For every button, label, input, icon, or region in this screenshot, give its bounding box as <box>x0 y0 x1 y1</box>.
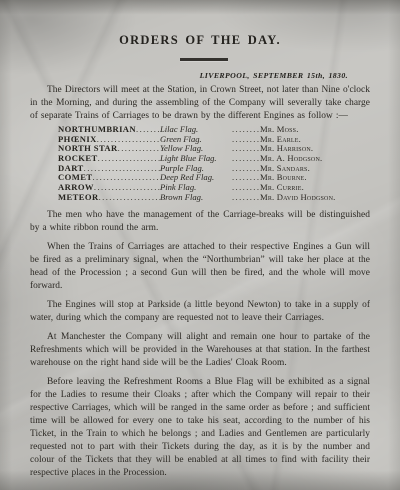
engine-row: NORTHUMBRIAN............................… <box>58 125 370 135</box>
engine-row: NORTH STAR..............................… <box>58 144 370 154</box>
engine-name-cell: NORTH STAR..............................… <box>58 144 160 154</box>
engine-name-cell: ARROW...................................… <box>58 183 160 193</box>
paragraph-manchester: At Manchester the Company will alight an… <box>30 331 370 370</box>
engine-row: ROCKET..................................… <box>58 154 370 164</box>
dot-leader: ......... <box>232 125 260 135</box>
engine-name: METEOR <box>58 193 99 203</box>
flag-name: Lilac Flag. <box>160 125 232 135</box>
flag-name: Green Flag. <box>160 135 232 145</box>
engine-name: COMET <box>58 173 92 183</box>
dot-leader: ......... <box>232 144 260 154</box>
dot-leader: ......... <box>232 164 260 174</box>
dot-leader: ........................................… <box>98 154 160 164</box>
dateline: LIVERPOOL, SEPTEMBER 15th, 1830. <box>30 71 370 80</box>
flag-name: Pink Flag. <box>160 183 232 193</box>
engine-name-cell: NORTHUMBRIAN............................… <box>58 125 160 135</box>
engine-name: DART <box>58 164 84 174</box>
engine-name-cell: DART....................................… <box>58 164 160 174</box>
paragraph-brakesmen: The men who have the management of the C… <box>30 209 370 235</box>
dot-leader: ........................................… <box>97 135 160 145</box>
engine-name: NORTH STAR <box>58 144 118 154</box>
dot-leader: ........................................… <box>84 164 160 174</box>
paragraph-gun-signal: When the Trains of Carriages are attache… <box>30 241 370 293</box>
engine-name-cell: PHŒNIX..................................… <box>58 135 160 145</box>
engine-name: ARROW <box>58 183 94 193</box>
title-divider <box>180 58 228 61</box>
engine-name: NORTHUMBRIAN <box>58 125 136 135</box>
engine-row: PHŒNIX..................................… <box>58 135 370 145</box>
flag-name: Purple Flag. <box>160 164 232 174</box>
page-title: ORDERS OF THE DAY. <box>30 33 370 48</box>
dot-leader: ........................................… <box>92 173 160 183</box>
engine-row: DART....................................… <box>58 164 370 174</box>
dot-leader: ......... <box>232 193 260 203</box>
dot-leader: ......... <box>232 183 260 193</box>
flag-name: Deep Red Flag. <box>160 173 232 183</box>
paragraph-refreshment: Before leaving the Refreshment Rooms a B… <box>30 376 370 480</box>
dot-leader: ........................................… <box>136 125 160 135</box>
dot-leader: ........................................… <box>99 193 160 203</box>
engine-row: COMET...................................… <box>58 173 370 183</box>
engine-row: METEOR..................................… <box>58 193 370 203</box>
dot-leader: ......... <box>232 154 260 164</box>
flag-name: Light Blue Flag. <box>160 154 232 164</box>
dot-leader: ......... <box>232 173 260 183</box>
dot-leader: ........................................… <box>118 144 160 154</box>
page-content: ORDERS OF THE DAY. LIVERPOOL, SEPTEMBER … <box>0 0 400 480</box>
engine-name-cell: METEOR..................................… <box>58 193 160 203</box>
flag-name: Yellow Flag. <box>160 144 232 154</box>
engine-name-cell: ROCKET..................................… <box>58 154 160 164</box>
director-name: Mr. David Hodgson. <box>260 193 335 203</box>
dot-leader: ......... <box>232 135 260 145</box>
engine-name-cell: COMET...................................… <box>58 173 160 183</box>
engine-name: PHŒNIX <box>58 135 97 145</box>
dot-leader: ........................................… <box>94 183 160 193</box>
handbill-page: ORDERS OF THE DAY. LIVERPOOL, SEPTEMBER … <box>0 0 400 490</box>
engine-table: NORTHUMBRIAN............................… <box>58 125 370 203</box>
engine-name: ROCKET <box>58 154 98 164</box>
paragraph-parkside: The Engines will stop at Parkside (a lit… <box>30 299 370 325</box>
flag-name: Brown Flag. <box>160 193 232 203</box>
paragraph-directors: The Directors will meet at the Station, … <box>30 84 370 123</box>
